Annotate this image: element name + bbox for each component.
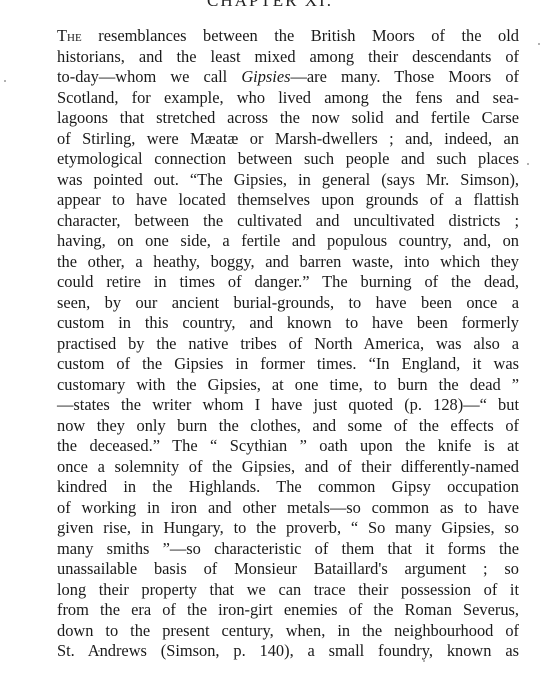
text-line: custom in this country, and known to hav…	[57, 313, 519, 334]
body-text: The resemblances between the British Moo…	[57, 26, 519, 662]
text-line: the other, a heathy, boggy, and barren w…	[57, 252, 519, 273]
text-line: now they only burn the clothes, and some…	[57, 416, 519, 437]
text-line: lagoons that stretched across the now so…	[57, 108, 519, 129]
text-line: to-day—whom we call Gipsies—are many. Th…	[57, 67, 519, 88]
text-line: customary with the Gipsies, at one time,…	[57, 375, 519, 396]
scan-speck	[527, 163, 529, 165]
text-line: having, on one side, a fertile and popul…	[57, 231, 519, 252]
text-line: appear to have located themselves upon g…	[57, 190, 519, 211]
text-line: seen, by our ancient burial-grounds, to …	[57, 293, 519, 314]
text-line: once a solemnity of the Gipsies, and of …	[57, 457, 519, 478]
text-line: character, between the cultivated and un…	[57, 211, 519, 232]
scan-speck	[538, 43, 540, 45]
scan-speck	[423, 660, 425, 662]
text-line: custom of the Gipsies in former times. “…	[57, 354, 519, 375]
text-line: St. Andrews (Simson, p. 140), a small fo…	[57, 641, 519, 662]
text-line: practised by the native tribes of North …	[57, 334, 519, 355]
text-line: was pointed out. “The Gipsies, in genera…	[57, 170, 519, 191]
text-line: given rise, in Hungary, to the proverb, …	[57, 518, 519, 539]
chapter-heading: CHAPTER XI.	[0, 0, 540, 11]
text-line: long their property that we can trace th…	[57, 580, 519, 601]
text-line: could retire in times of danger.” The bu…	[57, 272, 519, 293]
text-line: of Stirling, were Mæatæ or Marsh-dweller…	[57, 129, 519, 150]
text-line: The resemblances between the British Moo…	[57, 26, 519, 47]
text-line: many smiths ”—so characteristic of them …	[57, 539, 519, 560]
text-line: —states the writer whom I have just quot…	[57, 395, 519, 416]
text-line: historians, and the least mixed among th…	[57, 47, 519, 68]
text-line: unassailable basis of Monsieur Bataillar…	[57, 559, 519, 580]
text-line: kindred in the Highlands. The common Gip…	[57, 477, 519, 498]
text-line: down to the present century, when, in th…	[57, 621, 519, 642]
text-line: of working in iron and other metals—so c…	[57, 498, 519, 519]
text-line: etymological connection between such peo…	[57, 149, 519, 170]
text-line: Scotland, for example, who lived among t…	[57, 88, 519, 109]
text-line: the deceased.” The “ Scythian ” oath upo…	[57, 436, 519, 457]
text-line: from the era of the iron-girt enemies of…	[57, 600, 519, 621]
scan-speck	[98, 650, 100, 652]
scan-speck	[4, 80, 6, 82]
